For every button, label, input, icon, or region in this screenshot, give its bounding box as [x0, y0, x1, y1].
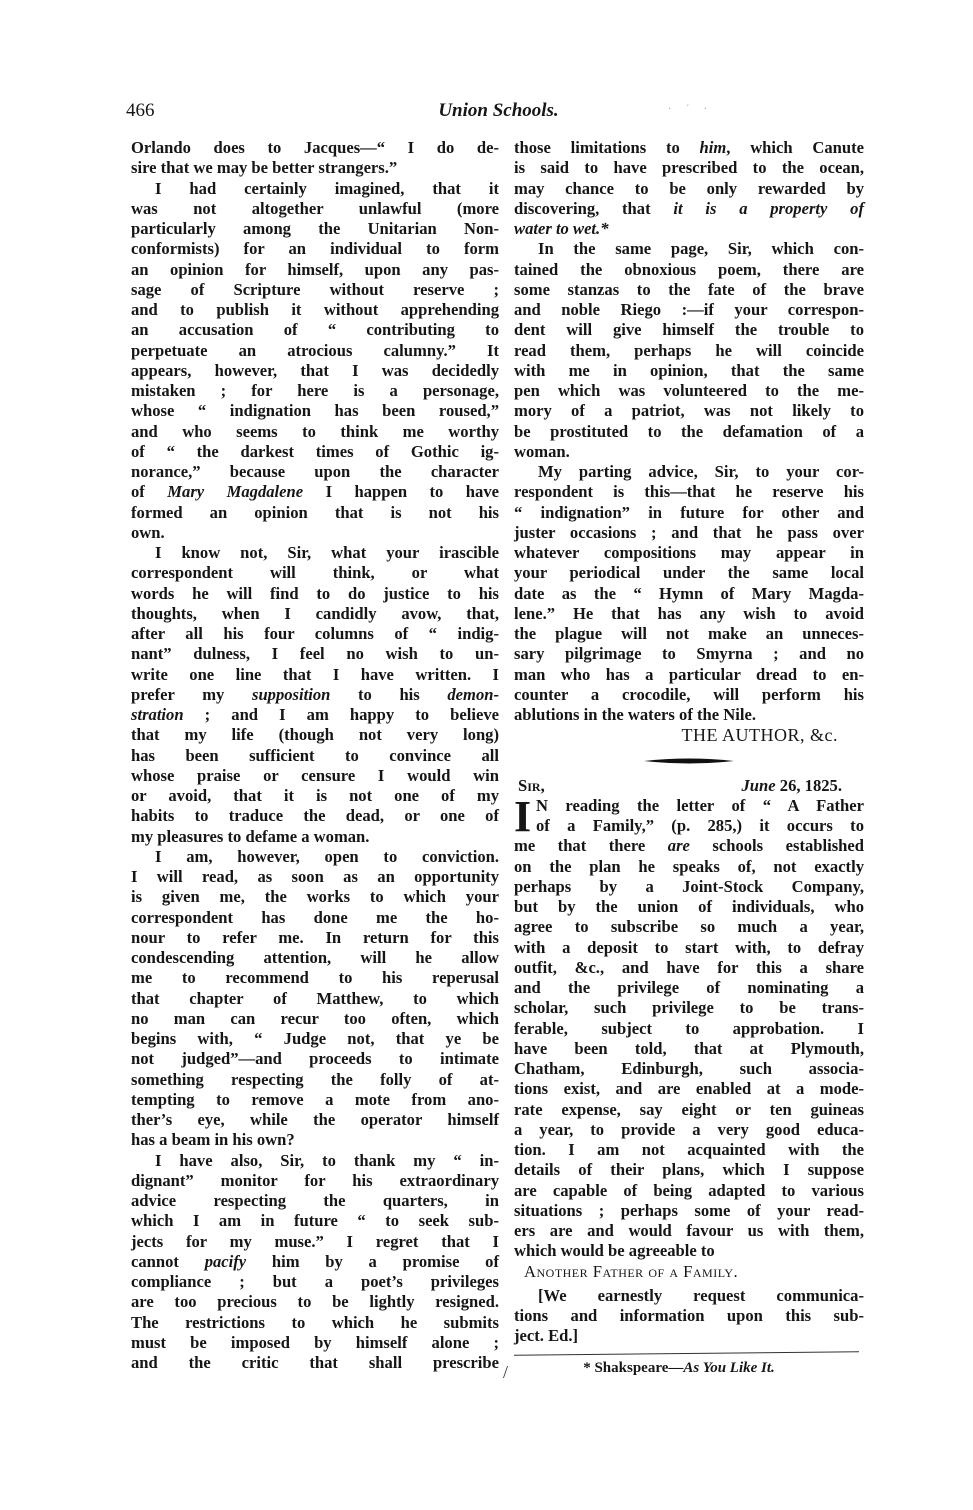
italic-text: water to wet.*: [514, 219, 609, 238]
text-line: conformists) for an individual to form: [131, 239, 499, 259]
text-line: of a Family,” (p. 285,) it occurs to: [514, 816, 864, 836]
text-line: but by the union of individuals, who: [514, 897, 864, 917]
text-line: dent will give himself the trouble to: [514, 320, 864, 340]
text-line: respondent is this—that he reserve his: [514, 482, 864, 502]
text-line: tion. I am not acquainted with the: [514, 1140, 864, 1160]
text-line: sary pilgrimage to Smyrna ; and no: [514, 644, 864, 664]
text-line: ferable, subject to approbation. I: [514, 1019, 864, 1039]
paragraph-start: I know not, Sir, what your irascible: [131, 543, 499, 563]
text-line: read them, perhaps he will coincide: [514, 341, 864, 361]
text-line: has a beam in his own?: [131, 1130, 499, 1150]
text-line: is said to have prescribed to the ocean,: [514, 158, 864, 178]
ornament-icon: [644, 757, 734, 765]
text-line: correspondent will think, or what: [131, 563, 499, 583]
text-line: ablutions in the waters of the Nile.: [514, 705, 864, 725]
text-line: perpetuate an atrocious calumny.” It: [131, 341, 499, 361]
text-line: me that there are schools established: [514, 836, 864, 856]
italic-text: supposition: [252, 685, 330, 704]
text-line: norance,” because upon the character: [131, 462, 499, 482]
paragraph-start: In the same page, Sir, which con-: [514, 239, 864, 259]
text-line: stration ; and I am happy to believe: [131, 705, 499, 725]
text-line: details of their plans, which I suppose: [514, 1160, 864, 1180]
text-line: cannot pacify him by a promise of: [131, 1252, 499, 1272]
text-line: tained the obnoxious poem, there are: [514, 260, 864, 280]
text-line: prefer my supposition to his demon-: [131, 685, 499, 705]
text-line: ers are and would favour us with them,: [514, 1221, 864, 1241]
paragraph-start: I had certainly imagined, that it: [131, 179, 499, 199]
text-line: ject. Ed.]: [514, 1326, 864, 1346]
running-head: 466 Union Schools.: [126, 100, 871, 124]
text-line: may chance to be only rewarded by: [514, 179, 864, 199]
text-line: be prostituted to the defamation of a: [514, 422, 864, 442]
text-line: write one line that I have written. I: [131, 665, 499, 685]
italic-text: stration: [131, 705, 184, 724]
text-line: perhaps by a Joint-Stock Company,: [514, 877, 864, 897]
italic-text: are: [668, 836, 690, 855]
text-line: “ indignation” in future for other and: [514, 503, 864, 523]
text-line: my pleasures to defame a woman.: [131, 827, 499, 847]
text-line: discovering, that it is a property of: [514, 199, 864, 219]
text-line: an opinion for himself, upon any pas-: [131, 260, 499, 280]
text-line: a year, to provide a very good educa-: [514, 1120, 864, 1140]
text-line: that chapter of Matthew, to which: [131, 989, 499, 1009]
italic-text: it is a property of: [673, 199, 864, 218]
text-line: or avoid, that it is not one of my: [131, 786, 499, 806]
text-line: sage of Scripture without reserve ;: [131, 280, 499, 300]
right-column: those limitations to him, which Canute i…: [514, 138, 864, 1378]
text-line: compliance ; but a poet’s privileges: [131, 1272, 499, 1292]
text-line: no man can recur too often, which: [131, 1009, 499, 1029]
text-line: counter a crocodile, will perform his: [514, 685, 864, 705]
text-line: begins with, “ Judge not, that ye be: [131, 1029, 499, 1049]
text-line: of “ the darkest times of Gothic ig-: [131, 442, 499, 462]
text-line: whose praise or censure I would win: [131, 766, 499, 786]
text-line: those limitations to him, which Canute: [514, 138, 864, 158]
text-line: was not altogether unlawful (more: [131, 199, 499, 219]
text-line: tions exist, and are enabled at a mode-: [514, 1079, 864, 1099]
text-line: situations ; perhaps some of your read-: [514, 1201, 864, 1221]
text-line: which would be agreeable to: [514, 1241, 864, 1261]
text-line: and noble Riego :—if your correspon-: [514, 300, 864, 320]
author-signature: THE AUTHOR, &c.: [514, 725, 864, 745]
text-line: The restrictions to which he submits: [131, 1313, 499, 1333]
text-line: whatever compositions may appear in: [514, 543, 864, 563]
text-line: appears, however, that I was decidedly: [131, 361, 499, 381]
text-line: Orlando does to Jacques—“ I do de-: [131, 138, 499, 158]
text-line: has been sufficient to convince all: [131, 746, 499, 766]
text-line: woman.: [514, 442, 864, 462]
text-line: whose “ indignation has been roused,”: [131, 401, 499, 421]
text-line: and who seems to think me worthy: [131, 422, 499, 442]
text-line: condescending attention, will he allow: [131, 948, 499, 968]
text-line: formed an opinion that is not his: [131, 503, 499, 523]
paragraph-start: I have also, Sir, to thank my “ in-: [131, 1151, 499, 1171]
text-line: with me in opinion, that the same: [514, 361, 864, 381]
text-line: I will read, as soon as an opportunity: [131, 867, 499, 887]
text-line: agree to subscribe so much a year,: [514, 917, 864, 937]
text-line: nour to refer me. In return for this: [131, 928, 499, 948]
text-line: pen which was volunteered to the me-: [514, 381, 864, 401]
text-line: and to publish it without apprehending: [131, 300, 499, 320]
text-line: some stanzas to the fate of the brave: [514, 280, 864, 300]
text-line: scholar, such privilege to be trans-: [514, 998, 864, 1018]
italic-text: Mary Magdalene: [167, 482, 303, 501]
text-line: are too precious to be lightly resigned.: [131, 1292, 499, 1312]
text-line: correspondent has done me the ho-: [131, 908, 499, 928]
letter-dateline: Sir, June 26, 1825.: [514, 776, 864, 796]
text-line: your periodical under the same local: [514, 563, 864, 583]
text-line: and the critic that shall prescribe: [131, 1353, 499, 1373]
italic-text: him: [700, 138, 727, 157]
text-line: me to recommend to his reperusal: [131, 968, 499, 988]
text-line: dignant” monitor for his extraordinary: [131, 1171, 499, 1191]
paragraph-start: My parting advice, Sir, to your cor-: [514, 462, 864, 482]
italic-text: pacify: [205, 1252, 246, 1271]
scan-noise: /: [503, 1362, 508, 1383]
text-line: that my life (though not very long): [131, 725, 499, 745]
paragraph-start: I am, however, open to conviction.: [131, 847, 499, 867]
text-line: not judged”—and proceeds to intimate: [131, 1049, 499, 1069]
family-signature: Another Father of a Family.: [514, 1262, 864, 1282]
text-line: words he will find to do justice to his: [131, 584, 499, 604]
footnote-rule: [514, 1351, 859, 1356]
running-title: Union Schools.: [126, 100, 871, 122]
text-line: mistaken ; for here is a personage,: [131, 381, 499, 401]
scanned-page: 466 Union Schools. · ˊ · Orlando does to…: [0, 0, 973, 1510]
text-line: jects for my muse.” I regret that I: [131, 1232, 499, 1252]
text-line: which I am in future “ to seek sub-: [131, 1211, 499, 1231]
text-line: have been told, that at Plymouth,: [514, 1039, 864, 1059]
text-line: nant” dulness, I feel no wish to un-: [131, 644, 499, 664]
text-line: tions and information upon this sub-: [514, 1306, 864, 1326]
text-line: lene.” He that has any wish to avoid: [514, 604, 864, 624]
text-line: and the privilege of nominating a: [514, 978, 864, 998]
text-line: thoughts, when I candidly avow, that,: [131, 604, 499, 624]
text-line: outfit, &c., and have for this a share: [514, 958, 864, 978]
text-line: sire that we may be better strangers.”: [131, 158, 499, 178]
text-line: rate expense, say eight or ten guineas: [514, 1100, 864, 1120]
dropcap-paragraph: I N reading the letter of “ A Father of …: [514, 796, 864, 837]
text-line: with a deposit to start with, to defray: [514, 938, 864, 958]
drop-cap: I: [514, 798, 531, 836]
text-line: own.: [131, 523, 499, 543]
text-line: particularly among the Unitarian Non-: [131, 219, 499, 239]
text-line: habits to traduce the dead, or one of: [131, 806, 499, 826]
text-line: on the plan he speaks of, not exactly: [514, 857, 864, 877]
text-line: must be imposed by himself alone ;: [131, 1333, 499, 1353]
text-line: mory of a patriot, was not likely to: [514, 401, 864, 421]
ornamental-rule: [514, 746, 864, 776]
italic-text: demon-: [447, 685, 499, 704]
text-line: ther’s eye, while the operator himself: [131, 1110, 499, 1130]
text-line: advice respecting the quarters, in: [131, 1191, 499, 1211]
left-column: Orlando does to Jacques—“ I do de- sire …: [131, 138, 499, 1373]
text-line: something respecting the folly of at-: [131, 1070, 499, 1090]
editor-note: [We earnestly request communica- tions a…: [514, 1286, 864, 1347]
text-line: an accusation of “ contributing to: [131, 320, 499, 340]
text-line: water to wet.*: [514, 219, 864, 239]
text-line: juster occasions ; and that he pass over: [514, 523, 864, 543]
text-line: N reading the letter of “ A Father: [514, 796, 864, 816]
text-line: are capable of being adapted to various: [514, 1181, 864, 1201]
footnote: * Shakspeare—As You Like It.: [514, 1358, 864, 1378]
text-line: Chatham, Edinburgh, such associa-: [514, 1059, 864, 1079]
scan-noise: · ˊ ·: [668, 104, 713, 115]
text-line: the plague will not make an unneces-: [514, 624, 864, 644]
letter-date: June 26, 1825.: [741, 776, 842, 796]
text-line: date as the “ Hymn of Mary Magda-: [514, 584, 864, 604]
text-line: after all his four columns of “ indig-: [131, 624, 499, 644]
text-line: man who has a particular dread to en-: [514, 665, 864, 685]
text-line: [We earnestly request communica-: [514, 1286, 864, 1306]
text-line: of Mary Magdalene I happen to have: [131, 482, 499, 502]
text-line: tempting to remove a mote from ano-: [131, 1090, 499, 1110]
text-line: is given me, the works to which your: [131, 887, 499, 907]
